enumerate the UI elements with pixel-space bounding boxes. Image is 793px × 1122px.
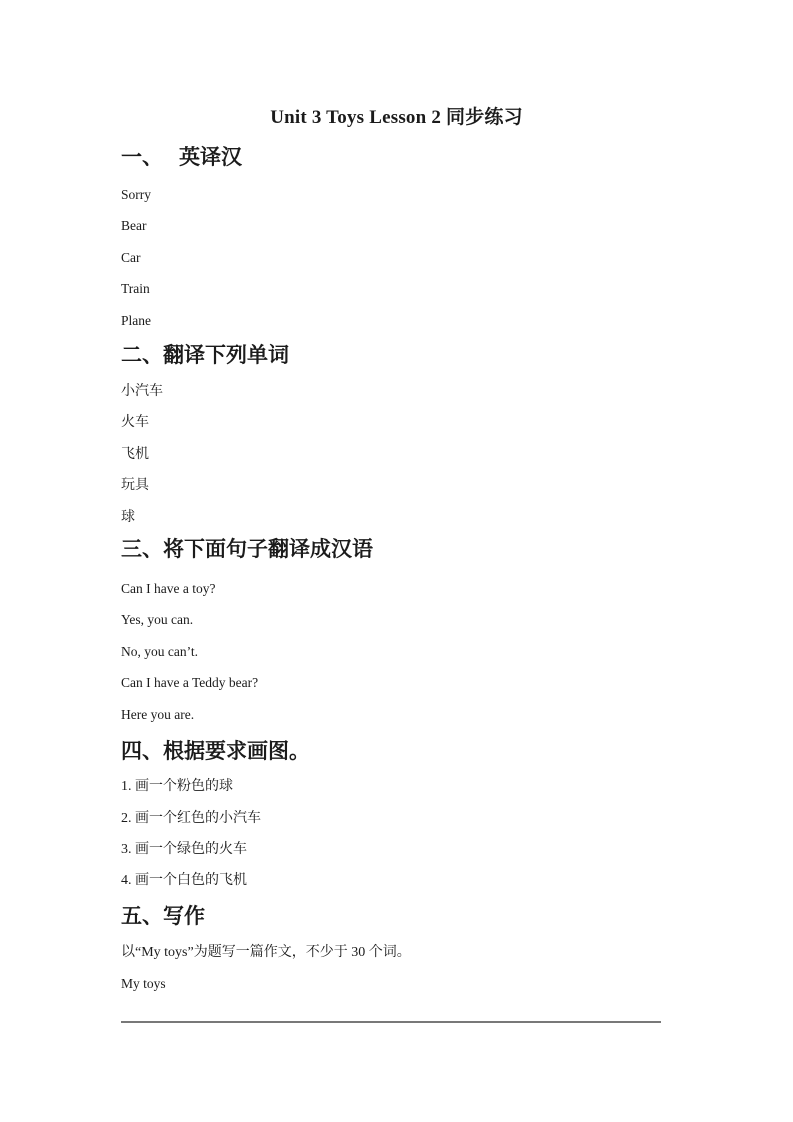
essay-title-line: My toys (121, 968, 793, 999)
exercise-line: Car (121, 242, 793, 273)
exercise-line: Bear (121, 210, 793, 241)
section-3-heading: 三、将下面句子翻译成汉语 (121, 534, 793, 564)
exercise-line: 2. 画一个红色的小汽车 (121, 803, 793, 834)
exercise-line: No, you can’t. (121, 636, 793, 667)
writing-instruction: 以“My toys”为题写一篇作文，不少于 30 个词。 (121, 937, 793, 968)
exercise-line: Can I have a Teddy bear? (121, 667, 793, 698)
section-1-heading: 一、英译汉 (121, 142, 793, 172)
exercise-line: 玩具 (121, 470, 793, 501)
section-5-items: 以“My toys”为题写一篇作文，不少于 30 个词。 My toys (0, 937, 793, 1000)
exercise-line: 火车 (121, 407, 793, 438)
exercise-line: 3. 画一个绿色的火车 (121, 834, 793, 865)
exercise-line: Yes, you can. (121, 604, 793, 635)
worksheet-page: Unit 3 Toys Lesson 2 同步练习 一、英译汉 Sorry Be… (0, 0, 793, 1122)
exercise-line: Can I have a toy? (121, 573, 793, 604)
section-4-items: 1. 画一个粉色的球 2. 画一个红色的小汽车 3. 画一个绿色的火车 4. 画… (0, 771, 793, 897)
exercise-line: 飞机 (121, 439, 793, 470)
exercise-line: 球 (121, 502, 793, 533)
section-3-items: Can I have a toy? Yes, you can. No, you … (0, 573, 793, 730)
exercise-line: Here you are. (121, 699, 793, 730)
section-1-items: Sorry Bear Car Train Plane (0, 179, 793, 336)
exercise-line: 小汽车 (121, 376, 793, 407)
section-5-heading: 五、写作 (121, 901, 793, 931)
exercise-line: Sorry (121, 179, 793, 210)
page-title: Unit 3 Toys Lesson 2 同步练习 (0, 104, 793, 131)
section-2-items: 小汽车 火车 飞机 玩具 球 (0, 376, 793, 533)
exercise-line: 1. 画一个粉色的球 (121, 771, 793, 802)
section-4-heading: 四、根据要求画图。 (121, 736, 793, 766)
section-1-name: 英译汉 (179, 145, 242, 169)
exercise-line: 4. 画一个白色的飞机 (121, 865, 793, 896)
answer-line (121, 1021, 661, 1023)
section-2-heading: 二、翻译下列单词 (121, 340, 793, 370)
exercise-line: Train (121, 273, 793, 304)
exercise-line: Plane (121, 305, 793, 336)
section-1-number: 一、 (121, 145, 163, 169)
